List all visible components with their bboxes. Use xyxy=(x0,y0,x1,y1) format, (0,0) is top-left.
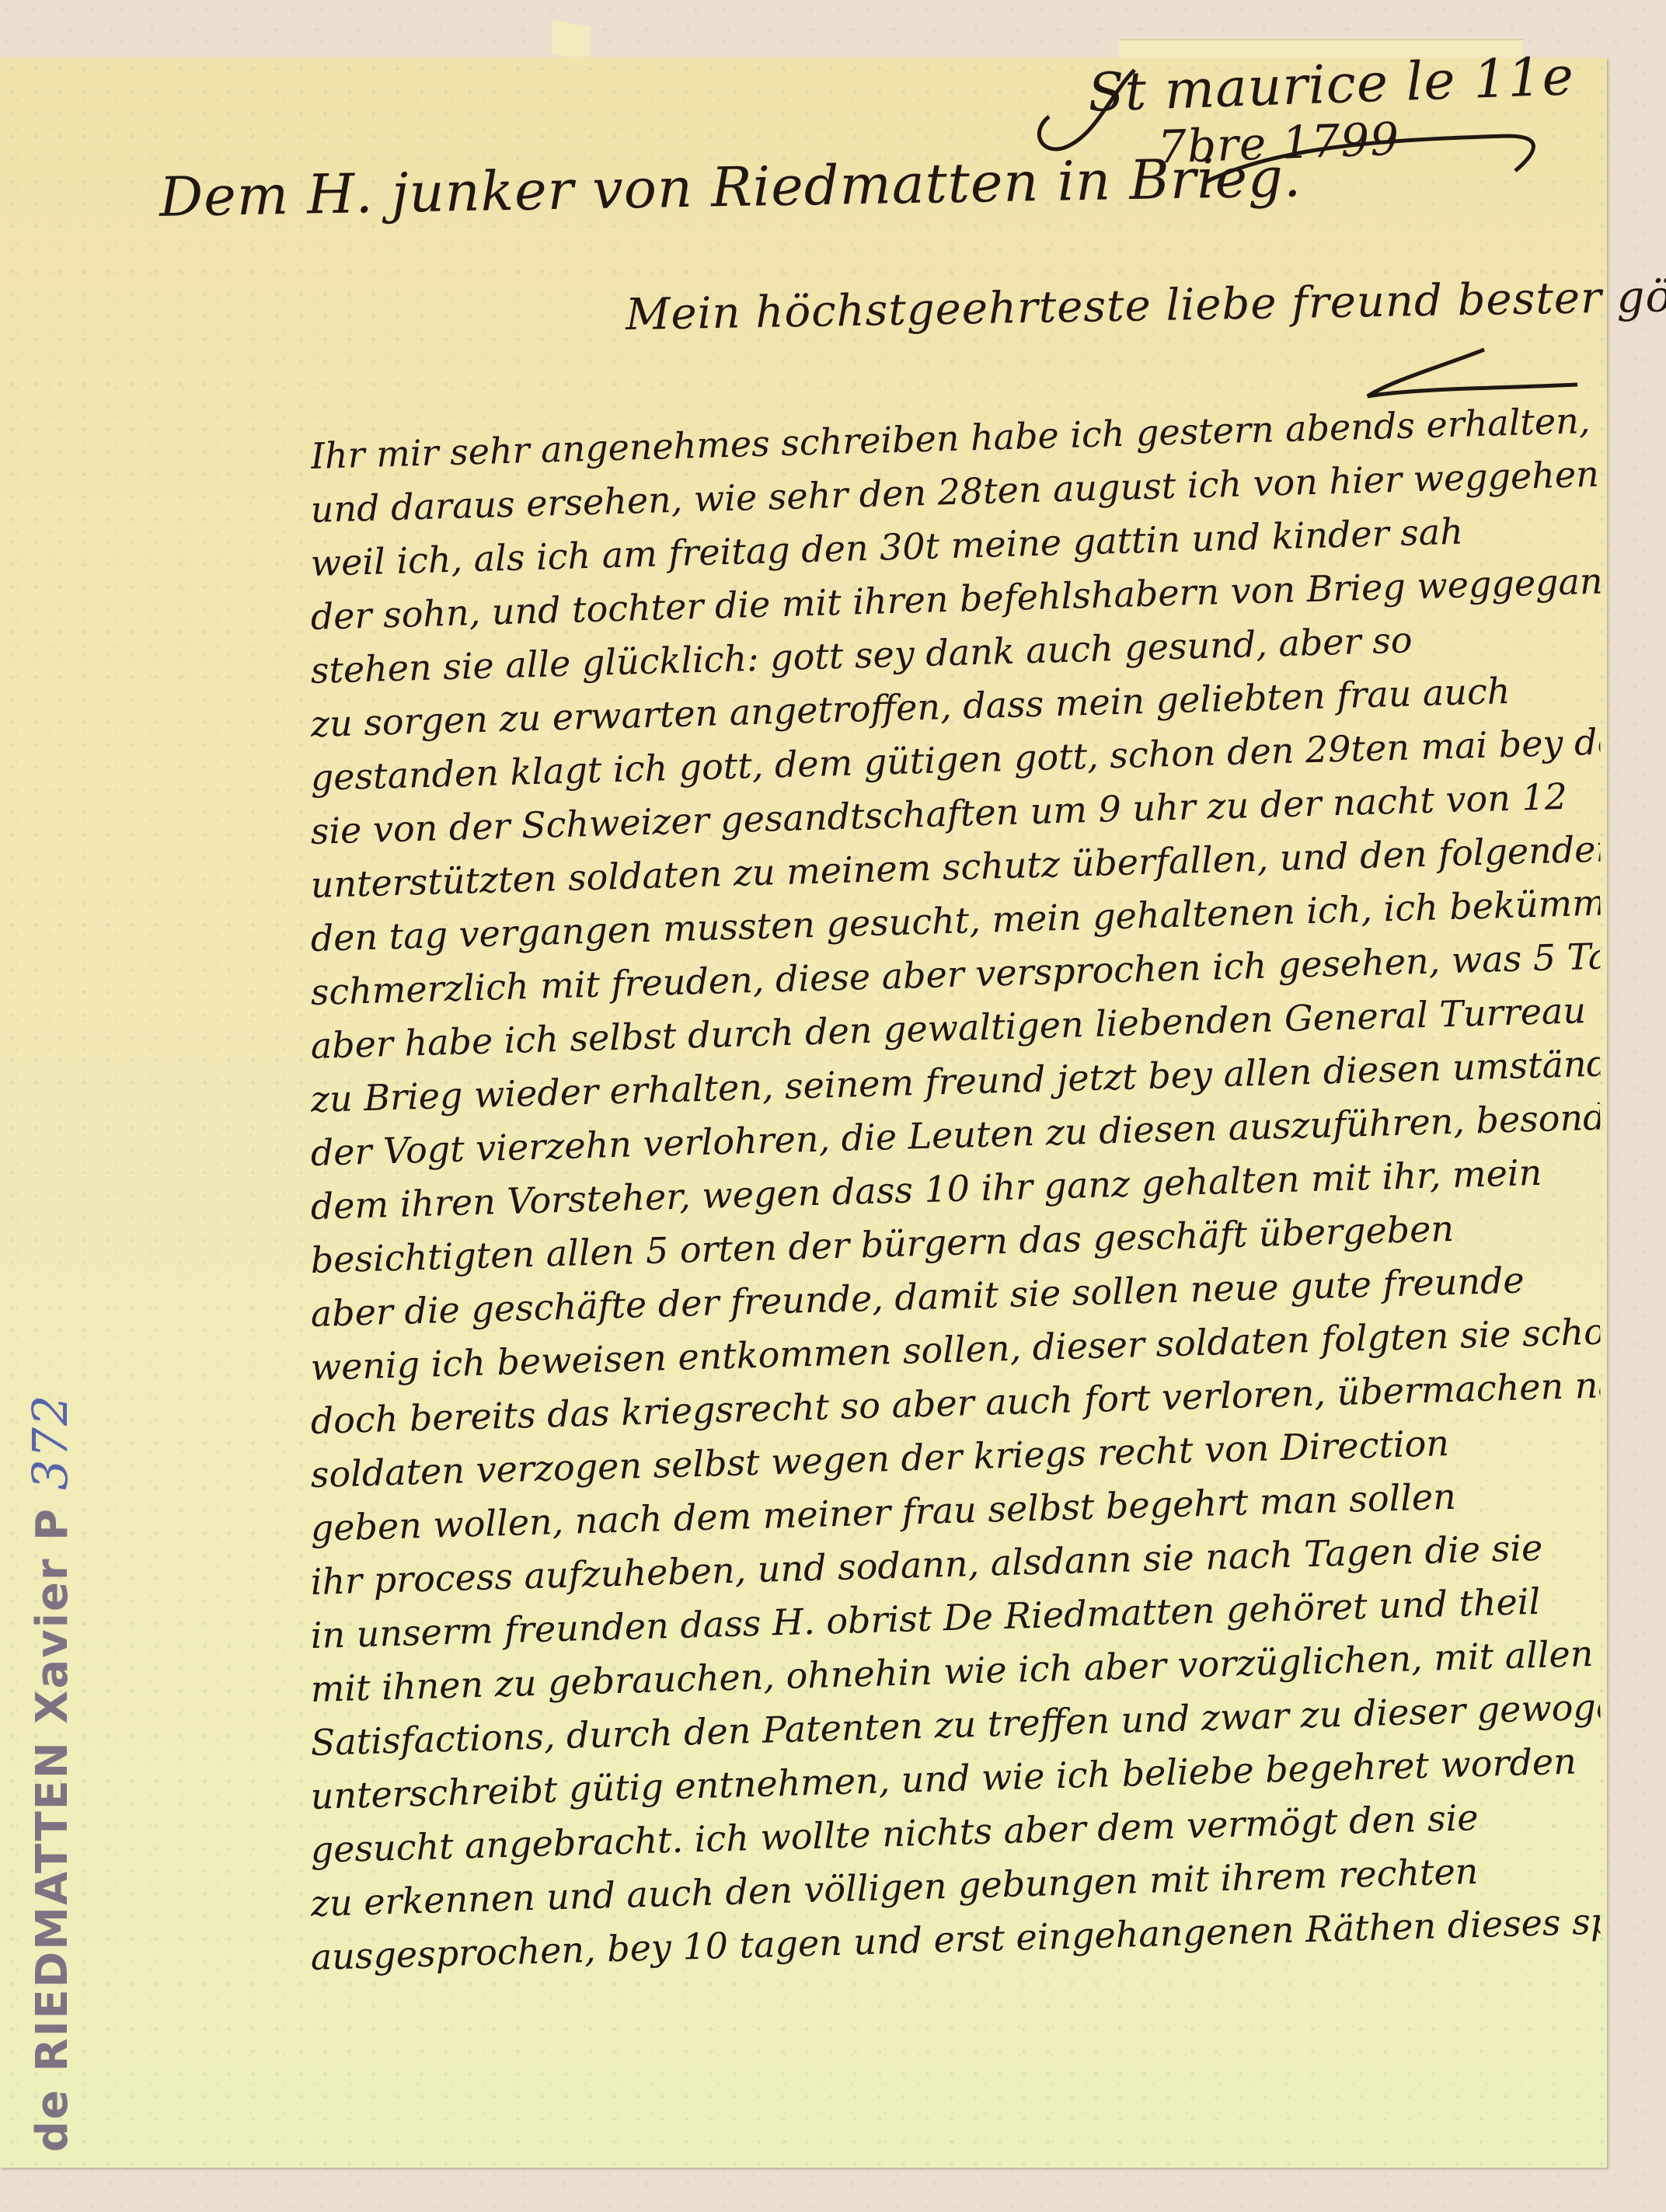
archive-stamp-text: de RIEDMATTEN Xavier P xyxy=(27,1507,78,2152)
archive-stamp: de RIEDMATTEN Xavier P372 xyxy=(22,1394,78,2152)
archive-number: 372 xyxy=(22,1394,78,1490)
letter-body: Ihr mir sehr angenehmes schreiben habe i… xyxy=(311,435,1601,1990)
tape-strip-left xyxy=(552,20,591,61)
salutation-flourish-icon xyxy=(1321,342,1601,404)
